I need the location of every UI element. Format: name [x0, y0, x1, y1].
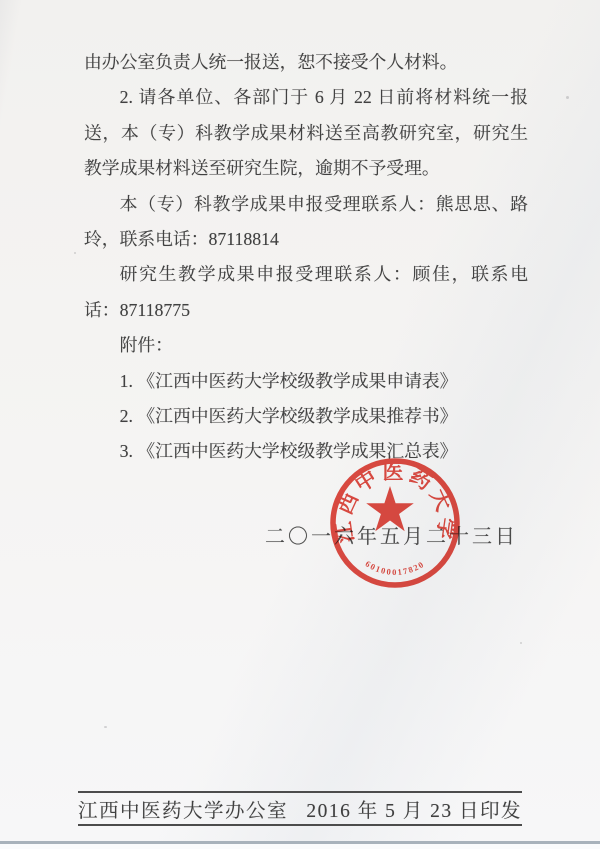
svg-text:3601000178209: 3601000178209 — [364, 515, 427, 577]
scan-bottom-margin — [0, 844, 600, 849]
issuer-office: 江西中医药大学办公室 — [78, 795, 288, 823]
attachment-item-1: 1. 《江西中医药大学校级教学成果申请表》 — [84, 364, 528, 399]
paragraph-item2: 2. 请各单位、各部门于 6 月 22 日前将材料统一报送，本（专）科教学成果材… — [84, 80, 528, 186]
scan-speck — [520, 642, 522, 644]
attachment-item-2: 2. 《江西中医药大学校级教学成果推荐书》 — [84, 399, 528, 434]
scan-speck — [566, 96, 569, 99]
colophon: 江西中医药大学办公室 2016 年 5 月 23 日印发 — [78, 791, 522, 826]
scan-speck — [74, 252, 76, 254]
document-page: 由办公室负责人统一报送，恕不接受个人材料。 2. 请各单位、各部门于 6 月 2… — [0, 0, 600, 849]
seal-code-text: 3601000178209 — [364, 515, 427, 577]
seal-star-icon — [366, 486, 414, 531]
attachments-label: 附件： — [84, 328, 528, 363]
scan-speck — [246, 446, 248, 448]
paragraph-continuation: 由办公室负责人统一报送，恕不接受个人材料。 — [84, 45, 528, 80]
paragraph-contact-undergrad: 本（专）科教学成果申报受理联系人：熊思思、路玲，联系电话：87118814 — [84, 187, 528, 258]
official-seal: 江西中医药大学 3601000178209 — [310, 438, 480, 608]
paragraph-contact-grad: 研究生教学成果申报受理联系人：顾佳，联系电话：87118775 — [84, 257, 528, 328]
print-date: 2016 年 5 月 23 日印发 — [306, 795, 522, 823]
scan-speck — [104, 726, 107, 728]
document-body: 由办公室负责人统一报送，恕不接受个人材料。 2. 请各单位、各部门于 6 月 2… — [0, 0, 600, 555]
